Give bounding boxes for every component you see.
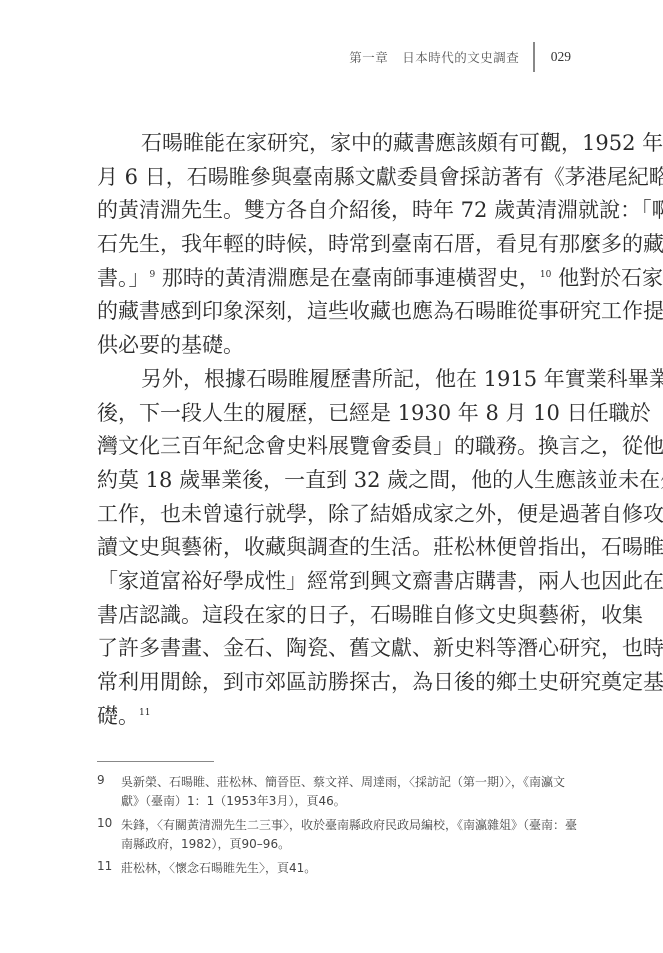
line-text: 書。」 bbox=[97, 266, 150, 290]
line-text: 那時的黃清淵應是在臺南師事連橫習史， bbox=[162, 266, 540, 290]
body-line: 月 6 日，石暘睢參與臺南縣文獻委員會採訪著有《茅港尾紀略》 bbox=[97, 161, 583, 195]
line-text: 灣文化三百年紀念會史料展覽會委員」的職務。換言之，從他 bbox=[97, 434, 663, 458]
line-text: 的黃清淵先生。雙方各自介紹後，時年 72 歲黃清淵就說：「啊！ bbox=[97, 198, 663, 222]
body-line: 另外，根據石暘睢履歷書所記，他在 1915 年實業科畢業 bbox=[97, 363, 583, 397]
body-line: 讀文史與藝術，收藏與調查的生活。莊松林便曾指出，石暘睢 bbox=[97, 531, 583, 565]
body-line: 的黃清淵先生。雙方各自介紹後，時年 72 歲黃清淵就說：「啊！ bbox=[97, 194, 583, 228]
footnote-number: 10 bbox=[97, 816, 121, 854]
footnote-text: 莊松林，〈懷念石暘睢先生〉，頁41。 bbox=[121, 859, 583, 878]
line-text: 石先生，我年輕的時候，時常到臺南石厝，看見有那麼多的藏 bbox=[97, 232, 663, 256]
footnote-text: 吳新榮、石暘睢、莊松林、簡晉臣、蔡文祥、周達雨，〈採訪記（第一期）〉，《南瀛文獻… bbox=[121, 773, 583, 811]
line-text: 供必要的基礎。 bbox=[97, 333, 244, 357]
page-number: 029 bbox=[551, 49, 571, 65]
line-text: 石暘睢能在家研究，家中的藏書應該頗有可觀，1952 年 12 bbox=[141, 131, 663, 155]
line-text: 後，下一段人生的履歷，已經是 1930 年 8 月 10 日任職於「臺 bbox=[97, 401, 663, 425]
running-head: 第一章 日本時代的文史調查 029 bbox=[349, 42, 571, 72]
line-text: 礎。 bbox=[97, 704, 139, 728]
line-text: 月 6 日，石暘睢參與臺南縣文獻委員會採訪著有《茅港尾紀略》 bbox=[97, 165, 663, 189]
footnotes: 9 吳新榮、石暘睢、莊松林、簡晉臣、蔡文祥、周達雨，〈採訪記（第一期）〉，《南瀛… bbox=[97, 773, 583, 883]
line-text: 約莫 18 歲畢業後，一直到 32 歲之間，他的人生應該並未在外 bbox=[97, 468, 663, 492]
body-line: 石暘睢能在家研究，家中的藏書應該頗有可觀，1952 年 12 bbox=[97, 127, 583, 161]
body-line: 的藏書感到印象深刻，這些收藏也應為石暘睢從事研究工作提 bbox=[97, 295, 583, 329]
body-line: 供必要的基礎。 bbox=[97, 329, 583, 363]
line-text: 「家道富裕好學成性」經常到興文齋書店購書，兩人也因此在 bbox=[97, 569, 663, 593]
line-text: 讀文史與藝術，收藏與調查的生活。莊松林便曾指出，石暘睢 bbox=[97, 535, 663, 559]
body-line: 石先生，我年輕的時候，時常到臺南石厝，看見有那麼多的藏 bbox=[97, 228, 583, 262]
footnote-number: 9 bbox=[97, 773, 121, 811]
body-line: 書店認識。這段在家的日子，石暘睢自修文史與藝術，收集 bbox=[97, 599, 583, 633]
line-text: 另外，根據石暘睢履歷書所記，他在 1915 年實業科畢業 bbox=[141, 367, 663, 391]
footnote-ref-9[interactable]: 9 bbox=[150, 270, 156, 280]
footnote-ref-10[interactable]: 10 bbox=[540, 270, 551, 280]
line-text: 他對於石家 bbox=[558, 266, 663, 290]
line-text: 常利用閒餘，到市郊區訪勝探古，為日後的鄉土史研究奠定基 bbox=[97, 670, 663, 694]
footnote-ref-11[interactable]: 11 bbox=[139, 708, 150, 718]
footnote-11: 11 莊松林，〈懷念石暘睢先生〉，頁41。 bbox=[97, 859, 583, 878]
body-text: 石暘睢能在家研究，家中的藏書應該頗有可觀，1952 年 12 月 6 日，石暘睢… bbox=[97, 127, 583, 733]
footnote-number: 11 bbox=[97, 859, 121, 878]
line-text: 書店認識。這段在家的日子，石暘睢自修文史與藝術，收集 bbox=[97, 603, 643, 627]
header-divider bbox=[533, 42, 535, 72]
line-text: 了許多書畫、金石、陶瓷、舊文獻、新史料等潛心研究，也時 bbox=[97, 636, 663, 660]
body-line: 礎。11 bbox=[97, 700, 583, 734]
chapter-label: 第一章 bbox=[349, 48, 388, 66]
body-line: 約莫 18 歲畢業後，一直到 32 歲之間，他的人生應該並未在外 bbox=[97, 464, 583, 498]
line-text: 的藏書感到印象深刻，這些收藏也應為石暘睢從事研究工作提 bbox=[97, 299, 663, 323]
footnote-text: 朱鋒，〈有關黃清淵先生二三事〉，收於臺南縣政府民政局編校，《南瀛雜俎》（臺南：臺… bbox=[121, 816, 583, 854]
body-line: 後，下一段人生的履歷，已經是 1930 年 8 月 10 日任職於「臺 bbox=[97, 397, 583, 431]
body-line: 了許多書畫、金石、陶瓷、舊文獻、新史料等潛心研究，也時 bbox=[97, 632, 583, 666]
line-text: 工作，也未曾遠行就學，除了結婚成家之外，便是過著自修攻 bbox=[97, 502, 663, 526]
body-line: 「家道富裕好學成性」經常到興文齋書店購書，兩人也因此在 bbox=[97, 565, 583, 599]
footnote-9: 9 吳新榮、石暘睢、莊松林、簡晉臣、蔡文祥、周達雨，〈採訪記（第一期）〉，《南瀛… bbox=[97, 773, 583, 811]
body-line: 灣文化三百年紀念會史料展覽會委員」的職務。換言之，從他 bbox=[97, 430, 583, 464]
body-line: 常利用閒餘，到市郊區訪勝探古，為日後的鄉土史研究奠定基 bbox=[97, 666, 583, 700]
chapter-title: 日本時代的文史調查 bbox=[402, 48, 519, 66]
footnote-10: 10 朱鋒，〈有關黃清淵先生二三事〉，收於臺南縣政府民政局編校，《南瀛雜俎》（臺… bbox=[97, 816, 583, 854]
body-line: 書。」9 那時的黃清淵應是在臺南師事連橫習史，10 他對於石家 bbox=[97, 262, 583, 296]
footnote-rule bbox=[97, 761, 214, 762]
body-line: 工作，也未曾遠行就學，除了結婚成家之外，便是過著自修攻 bbox=[97, 498, 583, 532]
